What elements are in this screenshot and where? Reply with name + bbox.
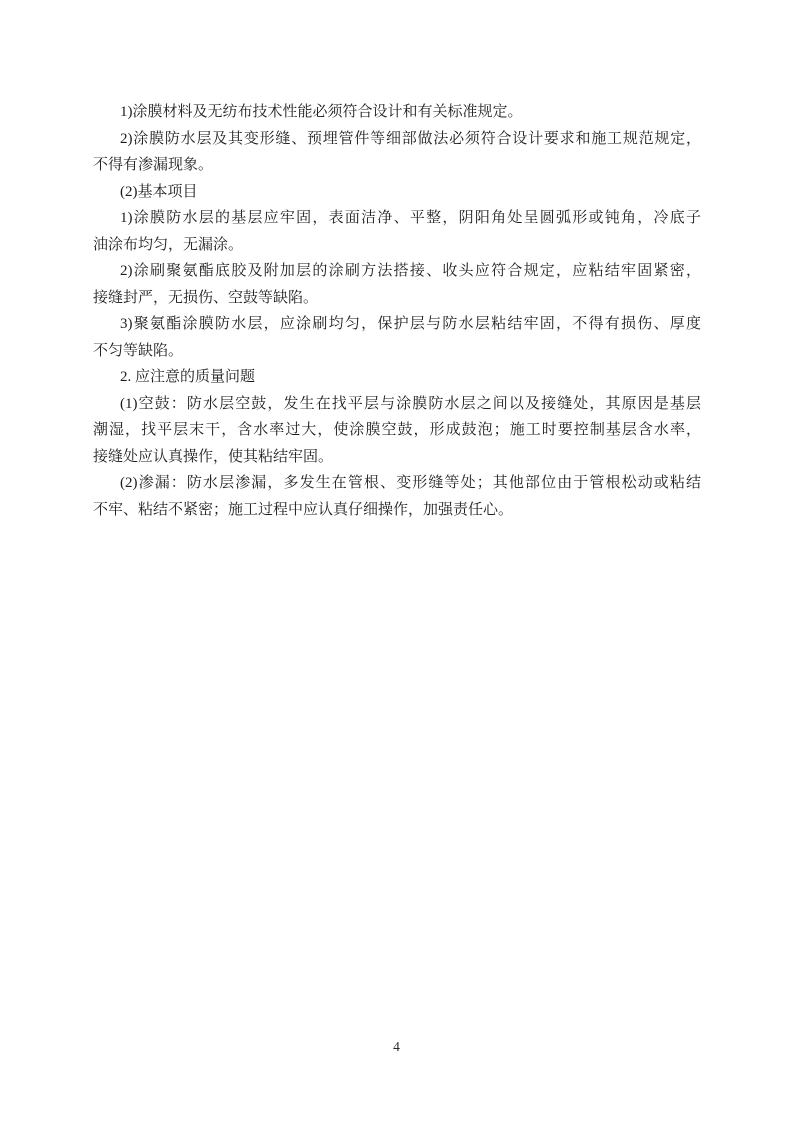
text-line: (2)渗漏：防水层渗漏，多发生在管根、变形缝等处；其他部位由于管根松动或粘结 xyxy=(93,470,701,497)
text-line: 2. 应注意的质量问题 xyxy=(93,364,701,391)
text-line: 接缝处应认真操作，使其粘结牢固。 xyxy=(93,444,701,471)
paragraph: 1)涂膜材料及无纺布技术性能必须符合设计和有关标准规定。 xyxy=(93,99,701,126)
paragraph: 2)涂刷聚氨酯底胶及附加层的涂刷方法搭接、收头应符合规定，应粘结牢固紧密，接缝封… xyxy=(93,258,701,311)
text-line: 油涂布均匀，无漏涂。 xyxy=(93,232,701,259)
paragraph: (2)渗漏：防水层渗漏，多发生在管根、变形缝等处；其他部位由于管根松动或粘结不牢… xyxy=(93,470,701,523)
text-line: 1)涂膜材料及无纺布技术性能必须符合设计和有关标准规定。 xyxy=(93,99,701,126)
paragraph: 1)涂膜防水层的基层应牢固，表面洁净、平整，阴阳角处呈圆弧形或钝角，冷底子油涂布… xyxy=(93,205,701,258)
paragraph: 2. 应注意的质量问题 xyxy=(93,364,701,391)
document-body: 1)涂膜材料及无纺布技术性能必须符合设计和有关标准规定。2)涂膜防水层及其变形缝… xyxy=(93,99,701,523)
paragraph: (2)基本项目 xyxy=(93,179,701,206)
text-line: 1)涂膜防水层的基层应牢固，表面洁净、平整，阴阳角处呈圆弧形或钝角，冷底子 xyxy=(93,205,701,232)
paragraph: 2)涂膜防水层及其变形缝、预埋管件等细部做法必须符合设计要求和施工规范规定，不得… xyxy=(93,126,701,179)
text-line: (1)空鼓：防水层空鼓，发生在找平层与涂膜防水层之间以及接缝处，其原因是基层 xyxy=(93,391,701,418)
text-line: 3)聚氨酯涂膜防水层，应涂刷均匀，保护层与防水层粘结牢固，不得有损伤、厚度 xyxy=(93,311,701,338)
document-page: 1)涂膜材料及无纺布技术性能必须符合设计和有关标准规定。2)涂膜防水层及其变形缝… xyxy=(0,0,793,1122)
text-line: 潮湿，找平层末干，含水率过大，使涂膜空鼓，形成鼓泡；施工时要控制基层含水率， xyxy=(93,417,701,444)
text-line: 不匀等缺陷。 xyxy=(93,338,701,365)
text-line: 不牢、粘结不紧密；施工过程中应认真仔细操作，加强责任心。 xyxy=(93,497,701,524)
text-line: 2)涂刷聚氨酯底胶及附加层的涂刷方法搭接、收头应符合规定，应粘结牢固紧密， xyxy=(93,258,701,285)
text-line: 2)涂膜防水层及其变形缝、预埋管件等细部做法必须符合设计要求和施工规范规定， xyxy=(93,126,701,153)
paragraph: 3)聚氨酯涂膜防水层，应涂刷均匀，保护层与防水层粘结牢固，不得有损伤、厚度不匀等… xyxy=(93,311,701,364)
page-number: 4 xyxy=(393,1039,400,1054)
text-line: (2)基本项目 xyxy=(93,179,701,206)
page-footer: 4 xyxy=(0,1039,793,1055)
text-line: 接缝封严，无损伤、空鼓等缺陷。 xyxy=(93,285,701,312)
paragraph: (1)空鼓：防水层空鼓，发生在找平层与涂膜防水层之间以及接缝处，其原因是基层潮湿… xyxy=(93,391,701,471)
text-line: 不得有渗漏现象。 xyxy=(93,152,701,179)
